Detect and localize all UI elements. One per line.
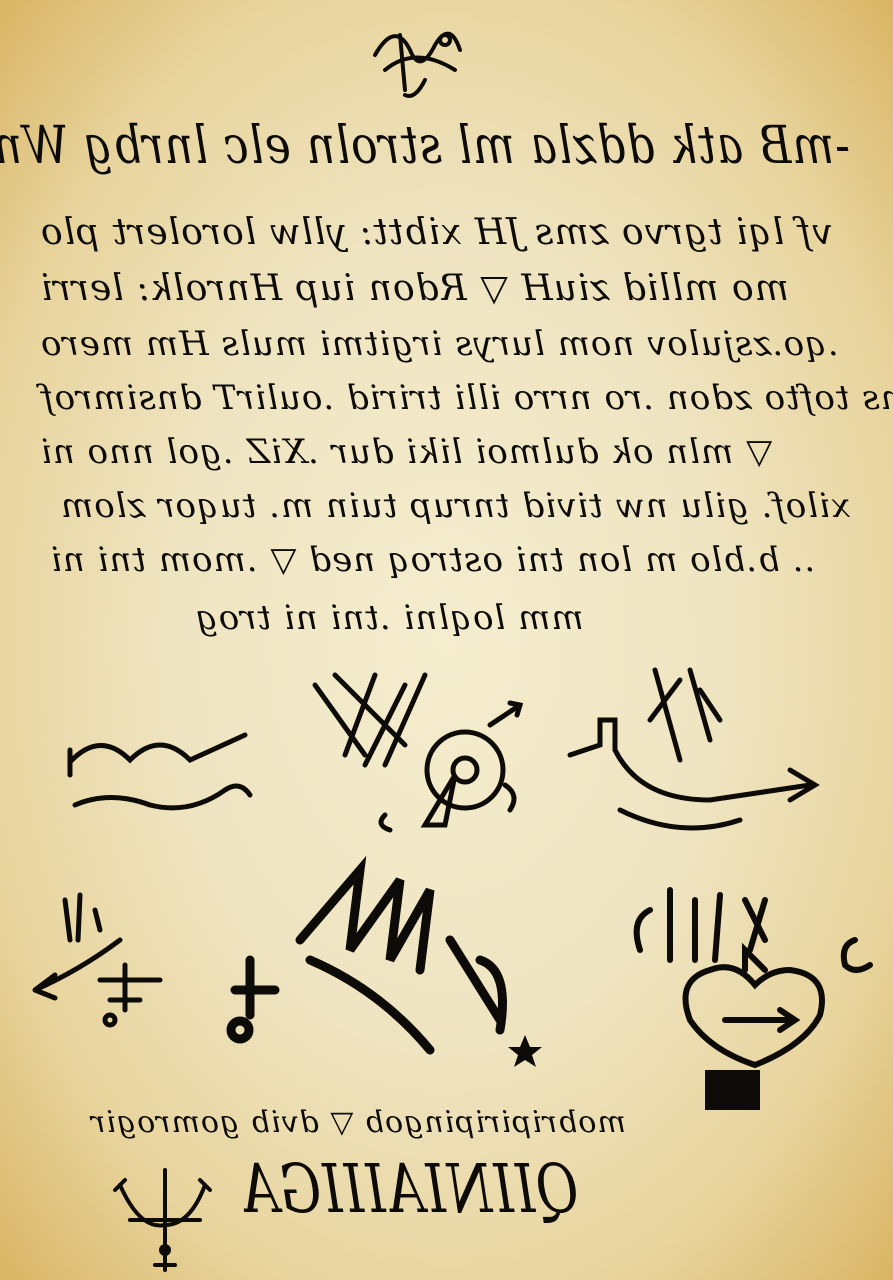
text-line-9: mm loqlni .tni ni trog [195,598,584,638]
wave-sigil-icon [60,710,260,820]
manuscript-page: -mB atk ddzla ml stroln elc lnrbg Wn vf … [0,0,893,1280]
text-line-8: .. b.blo m lon tni ostroq ned ▽ .mom tni… [50,540,815,580]
text-line-6: ▽ mln ok dulmoi liki dur .XiZ .gol nno n… [40,432,772,472]
left-arrow-sigil-icon [20,880,170,1030]
heart-lock-sigil-icon [625,870,885,1130]
trident-sigil-icon [110,1165,220,1275]
text-line-3: mo mllid ziuH ▽ Rdon iup Hnrolk: lerri [40,268,789,309]
top-ornament-icon [365,15,475,105]
text-line-7: xilof. gilu nw tivid tnrup tuin m. tuqor… [60,486,850,526]
text-line-2: vf lqi tgrvo zms JH xibtt: yllw lorolert… [40,212,832,253]
signature-name: QIINIAIIIGA [240,1151,579,1229]
text-line-5: lems tofto zdon .ro nrro illi tririd .ou… [40,378,893,418]
arrow-crescent-sigil-icon [560,660,830,840]
text-line-4: .qo.zsjulov nom lurys irgitmi muls Hm me… [40,324,839,364]
text-line-1: -mB atk ddzla ml stroln elc lnrbg Wn [30,115,850,176]
circle-cross-sigil-icon [305,665,535,845]
large-signature-sigil-icon [220,850,550,1070]
bottom-text-line: mobripiripingob ▽ dvib gomrogir [90,1105,626,1140]
